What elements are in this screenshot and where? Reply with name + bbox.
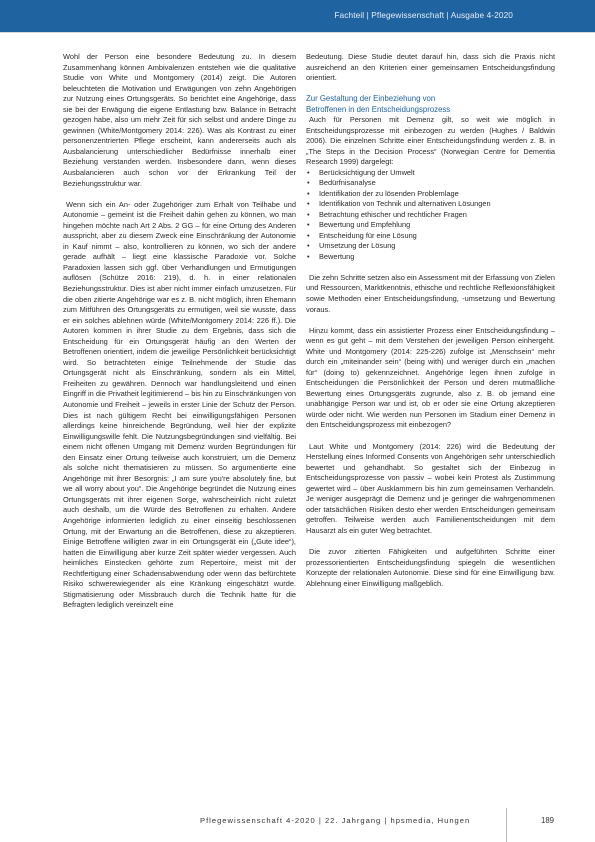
decision-steps-list: •Berücksichtigung der Umwelt •Bedürfnisa…: [306, 168, 555, 263]
section-heading-line: Zur Gestaltung der Einbeziehung von: [306, 94, 555, 105]
bullet-icon: •: [307, 189, 310, 200]
body-paragraph: Auch für Personen mit Demenz gilt, so we…: [306, 115, 555, 168]
list-item: •Bewertung und Empfehlung: [306, 220, 555, 231]
running-title: Fachteil | Pflegewissenschaft | Ausgabe …: [334, 10, 513, 20]
list-item-text: Entscheidung für eine Lösung: [319, 231, 417, 240]
bullet-icon: •: [307, 231, 310, 242]
body-paragraph: Wenn sich ein An- oder Zugehöriger zum E…: [63, 200, 296, 611]
list-item: •Identifikation von Technik und alternat…: [306, 199, 555, 210]
list-item-text: Bewertung und Empfehlung: [319, 220, 410, 229]
bullet-icon: •: [307, 178, 310, 189]
list-item: •Betrachtung ethischer und rechtlicher F…: [306, 210, 555, 221]
list-item: •Berücksichtigung der Umwelt: [306, 168, 555, 179]
bullet-icon: •: [307, 168, 310, 179]
footer-divider: [506, 808, 507, 842]
list-item: •Identifikation der zu lösenden Probleml…: [306, 189, 555, 200]
bullet-icon: •: [307, 199, 310, 210]
body-paragraph: Wohl der Person eine besondere Bedeutung…: [63, 52, 296, 189]
list-item-text: Umsetzung der Lösung: [319, 241, 395, 250]
body-paragraph: Bedeutung. Diese Studie deutet darauf hi…: [306, 52, 555, 84]
list-item-text: Berücksichtigung der Umwelt: [319, 168, 415, 177]
list-item: •Entscheidung für eine Lösung: [306, 231, 555, 242]
list-item-text: Betrachtung ethischer und rechtlicher Fr…: [319, 210, 467, 219]
section-heading: Zur Gestaltung der Einbeziehung von Betr…: [306, 94, 555, 115]
list-item-text: Identifikation von Technik und alternati…: [319, 199, 491, 208]
bullet-icon: •: [307, 220, 310, 231]
right-column: Bedeutung. Diese Studie deutet darauf hi…: [306, 52, 555, 600]
bullet-icon: •: [307, 252, 310, 263]
list-item: •Umsetzung der Lösung: [306, 241, 555, 252]
list-item: •Bewertung: [306, 252, 555, 263]
body-paragraph: Hinzu kommt, dass ein assistierter Proze…: [306, 326, 555, 431]
left-column: Wohl der Person eine besondere Bedeutung…: [63, 52, 296, 621]
bullet-icon: •: [307, 210, 310, 221]
list-item-text: Identifikation der zu lösenden Problemla…: [319, 189, 459, 198]
bullet-icon: •: [307, 241, 310, 252]
body-paragraph: Die zuvor zitierten Fähigkeiten und aufg…: [306, 547, 555, 589]
list-item-text: Bedürfnisanalyse: [319, 178, 376, 187]
list-item-text: Bewertung: [319, 252, 354, 261]
body-paragraph: Laut White und Montgomery (2014: 226) wi…: [306, 442, 555, 537]
section-heading-line: Betroffenen in den Entscheidungsprozess: [306, 105, 555, 116]
footer-journal-line: Pflegewissenschaft 4-2020 | 22. Jahrgang…: [200, 816, 470, 825]
page-number: 189: [541, 816, 554, 825]
body-paragraph: Die zehn Schritte setzen also ein Assess…: [306, 273, 555, 315]
list-item: •Bedürfnisanalyse: [306, 178, 555, 189]
running-header-bar: Fachteil | Pflegewissenschaft | Ausgabe …: [0, 0, 595, 33]
